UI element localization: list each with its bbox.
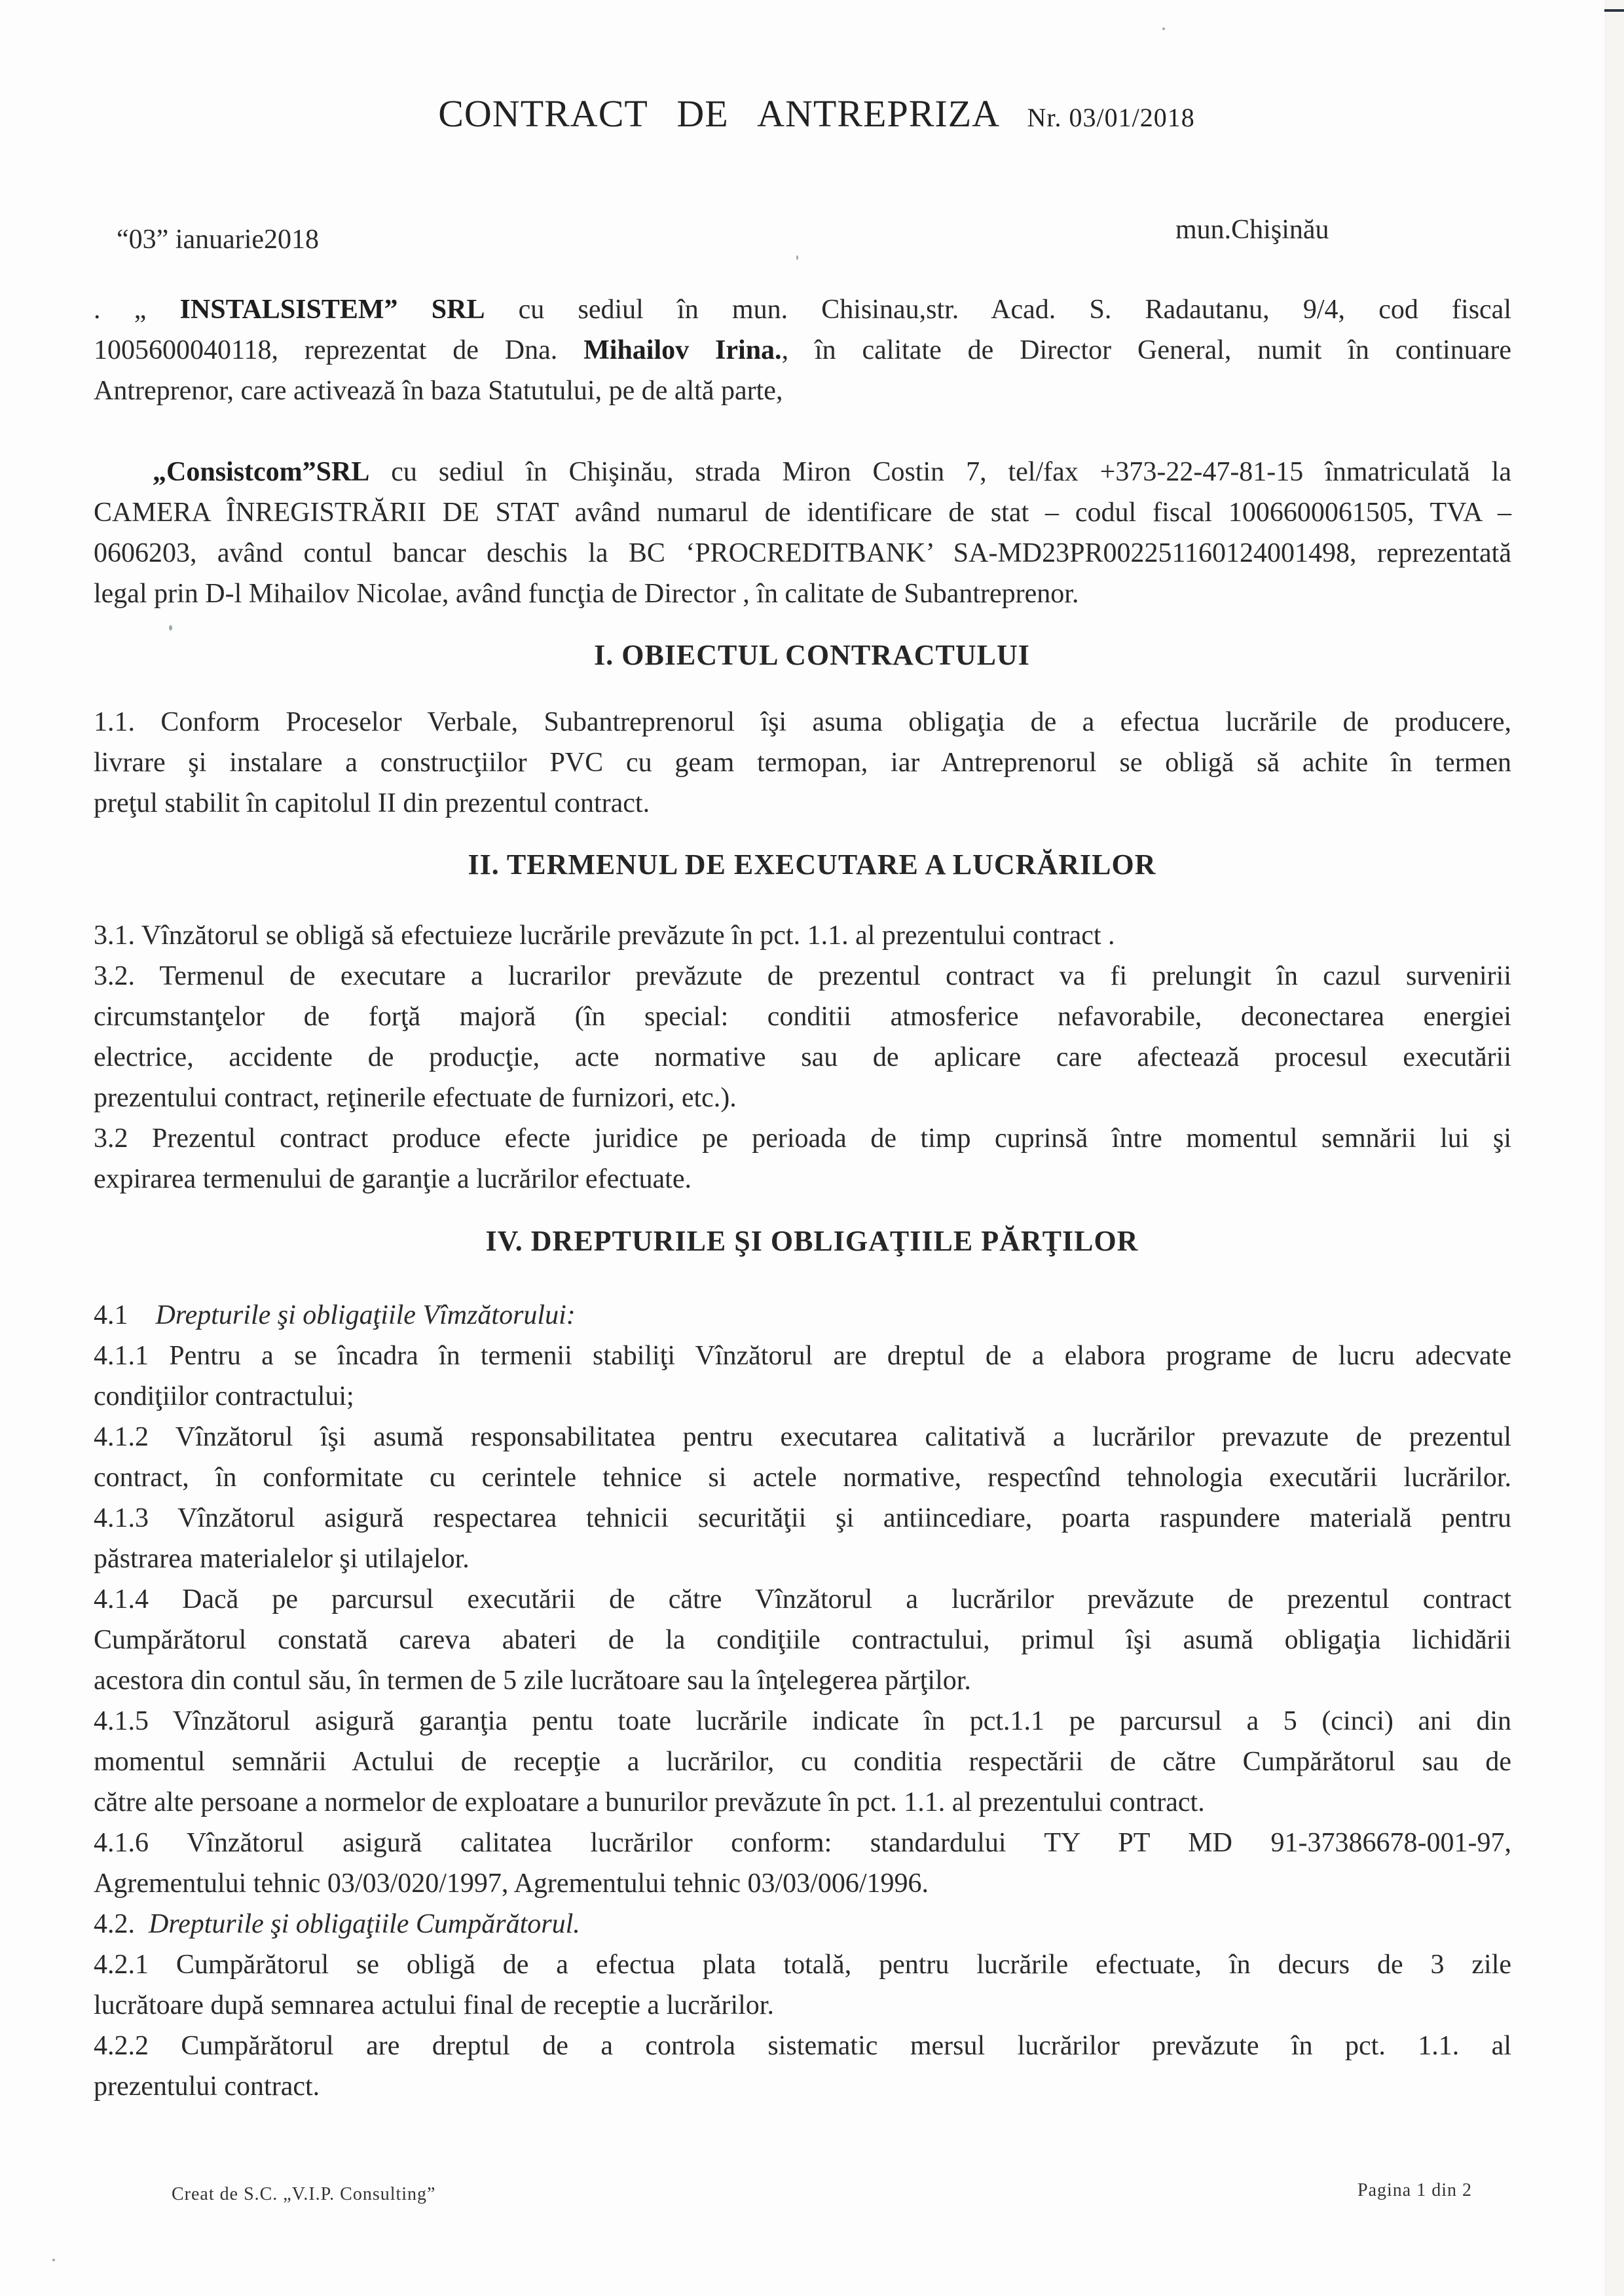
clause-1-1-line-3: preţul stabilit în capitolul II din prez…: [94, 783, 1511, 824]
subsection-4-2-label: Drepturile şi obligaţiile Cumpărătorul.: [149, 1909, 580, 1939]
party2-line-2: CAMERA ÎNREGISTRĂRII DE STAT având numar…: [94, 492, 1511, 533]
party2-address: cu sediul în Chişinău, strada Miron Cost…: [369, 457, 1511, 487]
clause-4-2-2-line-2: prezentului contract.: [94, 2066, 1511, 2107]
scan-speck: [1162, 27, 1165, 30]
contract-place: mun.Chişinău: [1175, 210, 1329, 250]
clause-4-1-4-line-1: 4.1.4 Dacă pe parcursul executării de că…: [94, 1579, 1511, 1620]
party2-name: „Consistcom”SRL: [153, 457, 369, 487]
clause-4-1-3-line-1: 4.1.3 Vînzătorul asigură respectarea teh…: [94, 1498, 1511, 1539]
subsection-4-1-label: Drepturile şi obligaţiile Vîmzătorului:: [156, 1300, 576, 1330]
clause-4-1-4-line-3: acestora din contul său, în termen de 5 …: [94, 1660, 1511, 1701]
clause-4-1-3-line-2: păstrarea materialelor şi utilajelor.: [94, 1539, 1511, 1579]
section-4-2-body: 4.2. Drepturile şi obligaţiile Cumpărăto…: [94, 1904, 1511, 2107]
scan-speck: [52, 2259, 55, 2261]
clause-3-2-line-3: electrice, accidente de producţie, acte …: [94, 1037, 1511, 1078]
scan-speck: [796, 255, 798, 260]
party2-line-4: legal prin D-l Mihailov Nicolae, având f…: [94, 574, 1511, 614]
party1-line-3: Antreprenor, care activează în baza Stat…: [94, 371, 1511, 411]
party2-line-1: „Consistcom”SRL cu sediul în Chişinău, s…: [94, 452, 1511, 492]
party2-paragraph: „Consistcom”SRL cu sediul în Chişinău, s…: [94, 452, 1511, 614]
clause-3-1: 3.1. Vînzătorul se obligă să efectuieze …: [94, 915, 1511, 956]
clause-4-2-2-line-1: 4.2.2 Cumpărătorul are dreptul de a cont…: [94, 2026, 1511, 2066]
clause-4-1-5-line-1: 4.1.5 Vînzătorul asigură garanţia pentu …: [94, 1701, 1511, 1741]
clause-3-2-line-1: 3.2. Termenul de executare a lucrarilor …: [94, 956, 1511, 996]
footer-creator: Creat de S.C. „V.I.P. Consulting”: [172, 2184, 435, 2205]
subsection-4-1-title: 4.1 Drepturile şi obligaţiile Vîmzătorul…: [94, 1295, 1511, 1336]
clause-3-2b-line-2: expirarea termenului de garanţie a lucră…: [94, 1159, 1511, 1199]
scan-speck: [169, 625, 172, 630]
party1-paragraph: . „ INSTALSISTEM” SRL cu sediul în mun. …: [94, 289, 1511, 411]
contract-number: Nr. 03/01/2018: [1027, 103, 1195, 132]
clause-4-1-6-line-1: 4.1.6 Vînzătorul asigură calitatea lucră…: [94, 1823, 1511, 1863]
section-4-heading: IV. DREPTURILE ŞI OBLIGAŢIILE PĂRŢILOR: [0, 1224, 1624, 1258]
party1-line-1: . „ INSTALSISTEM” SRL cu sediul în mun. …: [94, 289, 1511, 330]
clause-4-1-2-line-1: 4.1.2 Vînzătorul îşi asumă responsabilit…: [94, 1417, 1511, 1457]
party1-role: , în calitate de Director General, numit…: [782, 335, 1511, 365]
section-1-heading: I. OBIECTUL CONTRACTULUI: [0, 638, 1624, 672]
subsection-4-2-title: 4.2. Drepturile şi obligaţiile Cumpărăto…: [94, 1904, 1511, 1944]
scan-edge: [1605, 0, 1624, 2296]
section-4-1-body: 4.1 Drepturile şi obligaţiile Vîmzătorul…: [94, 1295, 1511, 1904]
clause-4-1-5-line-3: către alte persoane a normelor de exploa…: [94, 1782, 1511, 1823]
clause-1-1-line-2: livrare şi instalare a construcţiilor PV…: [94, 742, 1511, 783]
clause-3-2-line-4: prezentului contract, reţinerile efectua…: [94, 1078, 1511, 1118]
title-word-contract: CONTRACT: [438, 92, 648, 135]
clause-4-1-1-line-1: 4.1.1 Pentru a se încadra în termenii st…: [94, 1336, 1511, 1376]
party1-name: INSTALSISTEM” SRL: [180, 295, 485, 325]
contract-date: “03” ianuarie2018: [117, 219, 319, 260]
section-2-heading: II. TERMENUL DE EXECUTARE A LUCRĂRILOR: [0, 848, 1624, 881]
clause-1-1-line-1: 1.1. Conform Proceselor Verbale, Subantr…: [94, 702, 1511, 742]
title-word-antrepriza: ANTREPRIZA: [757, 92, 1000, 135]
section-2-body: 3.1. Vînzătorul se obligă să efectuieze …: [94, 915, 1511, 1199]
clause-4-2-1-line-1: 4.2.1 Cumpărătorul se obligă de a efectu…: [94, 1944, 1511, 1985]
clause-4-1-4-line-2: Cumpărătorul constată careva abateri de …: [94, 1620, 1511, 1660]
section-1-body: 1.1. Conform Proceselor Verbale, Subantr…: [94, 702, 1511, 824]
clause-4-1-6-line-2: Agrementului tehnic 03/03/020/1997, Agre…: [94, 1863, 1511, 1904]
contract-title: CONTRACT DE ANTREPRIZA Nr. 03/01/2018: [0, 92, 1624, 136]
clause-3-2b-line-1: 3.2 Prezentul contract produce efecte ju…: [94, 1118, 1511, 1159]
party1-prefix: . „: [94, 295, 180, 325]
scan-edge-mark: [1604, 9, 1624, 12]
clause-4-2-1-line-2: lucrătoare după semnarea actului final d…: [94, 1985, 1511, 2026]
clause-4-1-2-line-2: contract, în conformitate cu cerintele t…: [94, 1457, 1511, 1498]
title-word-de: DE: [676, 92, 728, 135]
party1-representative: Mihailov Irina.: [583, 335, 781, 365]
clause-4-1-1-line-2: condiţiilor contractului;: [94, 1376, 1511, 1417]
footer-page-number: Pagina 1 din 2: [1357, 2180, 1472, 2201]
scanned-page: CONTRACT DE ANTREPRIZA Nr. 03/01/2018 “0…: [0, 0, 1624, 2296]
party1-address: cu sediul în mun. Chisinau,str. Acad. S.…: [485, 295, 1511, 325]
party1-fiscal-code: 1005600040118, reprezentat de Dna.: [94, 335, 583, 365]
party2-line-3: 0606203, având contul bancar deschis la …: [94, 533, 1511, 574]
clause-4-1-5-line-2: momentul semnării Actului de recepţie a …: [94, 1741, 1511, 1782]
clause-3-2-line-2: circumstanţelor de forţă majoră (în spec…: [94, 996, 1511, 1037]
party1-line-2: 1005600040118, reprezentat de Dna. Mihai…: [94, 330, 1511, 371]
subsection-4-2-number: 4.2.: [94, 1909, 135, 1939]
subsection-4-1-number: 4.1: [94, 1300, 128, 1330]
